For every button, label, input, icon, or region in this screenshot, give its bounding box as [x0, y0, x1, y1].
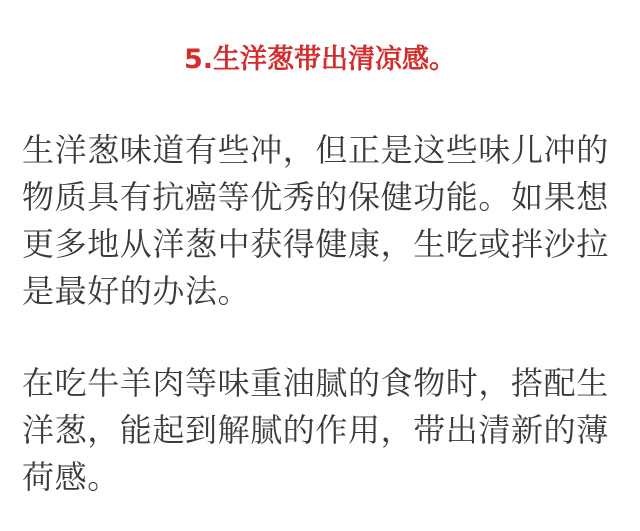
paragraph-line: 是最好的办法。 — [22, 268, 622, 315]
paragraph-pairing-with-meat: 在吃牛羊肉等味重油腻的食物时，搭配生 洋葱，能起到解腻的作用，带出清新的薄 荷感… — [22, 360, 622, 501]
paragraph-line: 物质具有抗癌等优秀的保健功能。如果想 — [22, 174, 622, 221]
paragraph-raw-onion-health: 生洋葱味道有些冲，但正是这些味儿冲的 物质具有抗癌等优秀的保健功能。如果想 更多… — [22, 127, 622, 315]
section-heading: 5.生洋葱带出清凉感。 — [0, 42, 640, 78]
paragraph-line: 荷感。 — [22, 454, 622, 501]
paragraph-line: 更多地从洋葱中获得健康，生吃或拌沙拉 — [22, 221, 622, 268]
paragraph-line: 生洋葱味道有些冲，但正是这些味儿冲的 — [22, 127, 622, 174]
paragraph-line: 洋葱，能起到解腻的作用，带出清新的薄 — [22, 407, 622, 454]
paragraph-line: 在吃牛羊肉等味重油腻的食物时，搭配生 — [22, 360, 622, 407]
